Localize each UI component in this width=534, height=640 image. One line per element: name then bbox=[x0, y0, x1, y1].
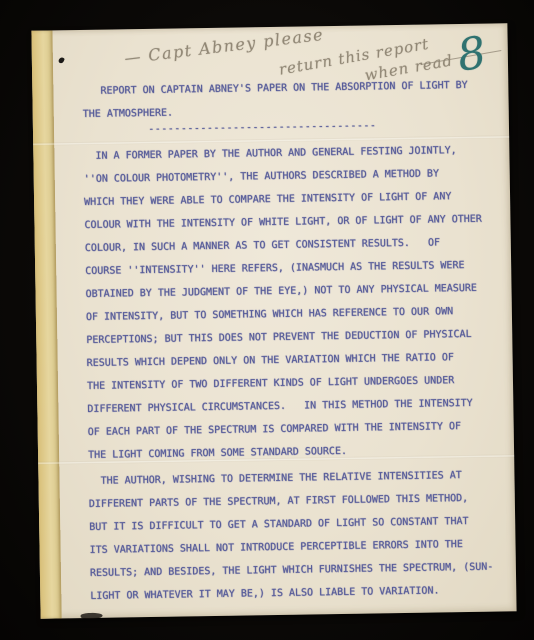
ink-speck bbox=[58, 56, 65, 64]
typewritten-text-block: REPORT ON CAPTAIN ABNEY'S PAPER ON THE A… bbox=[82, 73, 514, 608]
paragraph-2: THE AUTHOR, WISHING TO DETERMINE THE REL… bbox=[88, 463, 514, 608]
document-page: — Capt Abney please return this report w… bbox=[31, 23, 516, 618]
paragraph-1: IN A FORMER PAPER BY THE AUTHOR AND GENE… bbox=[83, 138, 512, 467]
